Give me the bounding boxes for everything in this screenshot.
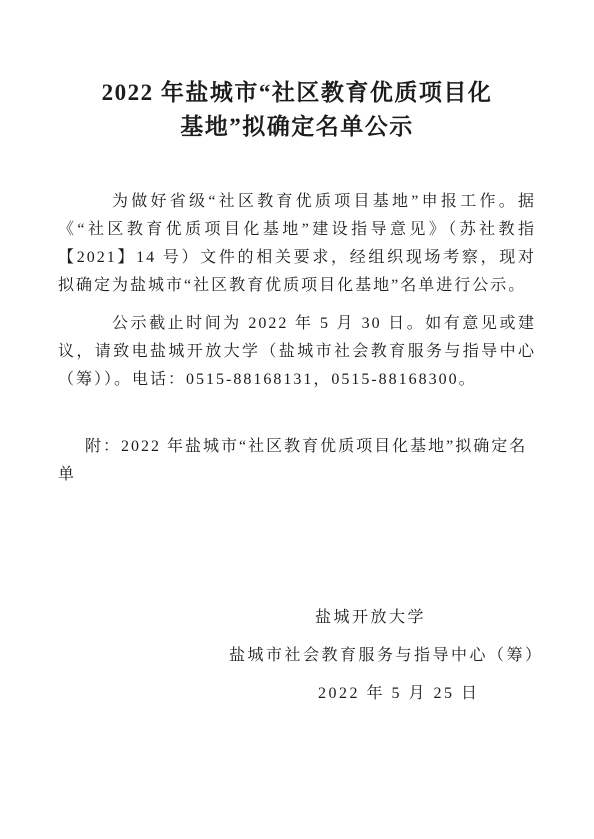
document-page: 2022 年盐城市“社区教育优质项目化 基地”拟确定名单公示 为做好省级“社区教…	[0, 0, 594, 839]
document-body: 为做好省级“社区教育优质项目基地”申报工作。据《“社区教育优质项目化基地”建设指…	[58, 188, 536, 489]
signature-date: 2022 年 5 月 25 日	[318, 675, 594, 713]
attachment-note: 附：2022 年盐城市“社区教育优质项目化基地”拟确定名单	[58, 433, 536, 489]
paragraph-contact: 公示截止时间为 2022 年 5 月 30 日。如有意见或建议，请致电盐城开放大…	[58, 310, 536, 394]
paragraph-intro: 为做好省级“社区教育优质项目基地”申报工作。据《“社区教育优质项目化基地”建设指…	[58, 188, 536, 300]
signature-org-primary: 盐城开放大学	[315, 599, 594, 637]
title-line-1: 2022 年盐城市“社区教育优质项目化	[0, 76, 594, 110]
signature-block: 盐城开放大学 盐城市社会教育服务与指导中心（筹） 2022 年 5 月 25 日	[0, 599, 594, 713]
signature-org-secondary: 盐城市社会教育服务与指导中心（筹）	[229, 637, 594, 675]
title-line-2: 基地”拟确定名单公示	[0, 110, 594, 144]
document-title: 2022 年盐城市“社区教育优质项目化 基地”拟确定名单公示	[0, 76, 594, 144]
